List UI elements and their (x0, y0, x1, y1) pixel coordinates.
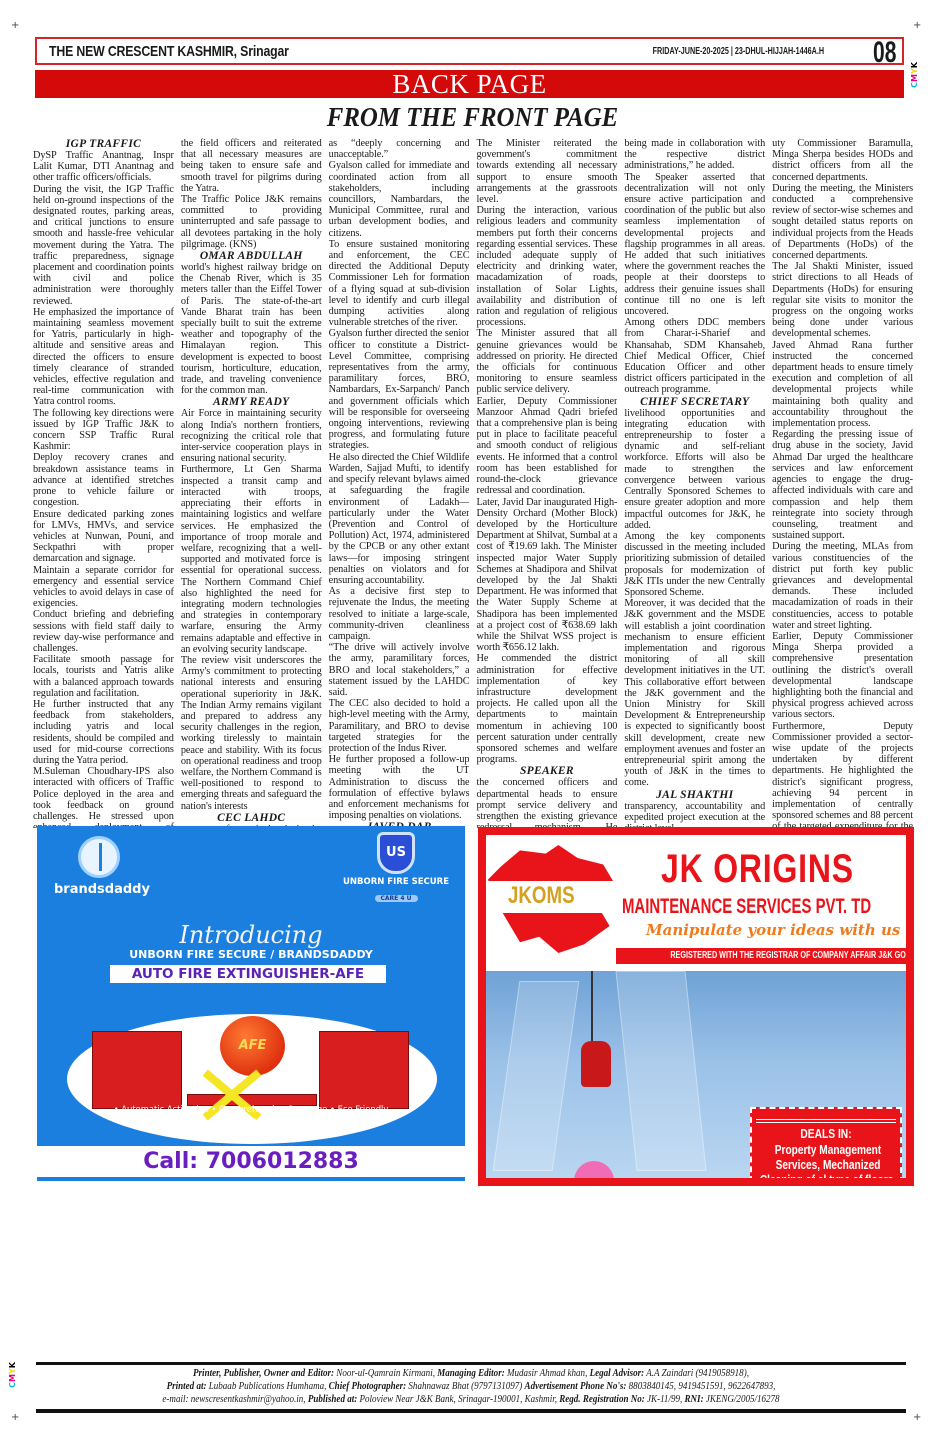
article-column: the field officers and reiterated that a… (181, 138, 322, 828)
article-paragraph: Later, Javid Dar inaugurated High-Densit… (476, 497, 617, 654)
ad-intro-script: Introducing (37, 921, 465, 949)
article-paragraph: He further instructed that any feedback … (33, 699, 174, 766)
deals-body: Property Management Services, Mechanized… (754, 1142, 902, 1178)
article-paragraph: Ensure dedicated parking zones for LMVs,… (33, 509, 174, 565)
article-paragraph: Gyalson further directed the senior offi… (329, 328, 470, 451)
article-paragraph: The CEC also decided to hold a high-leve… (329, 698, 470, 754)
deals-rule (756, 1119, 896, 1123)
imprint-footer: Printer, Publisher, Owner and Editor: No… (36, 1362, 906, 1413)
article-column: being made in collaboration with the res… (624, 138, 765, 828)
article-column: The Minister reiterated the government's… (476, 138, 617, 828)
fire-extinguisher-advertisement: brandsdaddy US UNBORN FIRE SECURE CARE 4… (37, 826, 465, 1146)
unborn-fire-secure-logo: US UNBORN FIRE SECURE CARE 4 U (341, 832, 451, 905)
afe-ball-image: AFE (220, 1016, 285, 1076)
ad-tagline: Manipulate your ideas with us (646, 921, 900, 939)
article-paragraph: Maintain a separate corridor for emergen… (33, 565, 174, 610)
article-paragraph: During the interaction, various religiou… (476, 205, 617, 328)
ad-title: JK ORIGINS (661, 847, 854, 892)
article-paragraph: Moreover, it was decided that the J&K go… (624, 598, 765, 788)
shield-icon: US (377, 832, 415, 874)
ad-brands-line: UNBORN FIRE SECURE / BRANDSDADDY (37, 948, 465, 961)
article-paragraph: The Jal Shakti Minister, issued strict d… (772, 261, 913, 339)
article-paragraph: Conduct briefing and debriefing sessions… (33, 609, 174, 654)
article-paragraph: The Speaker asserted that decentralizati… (624, 172, 765, 318)
brandsdaddy-logo: brandsdaddy (54, 836, 144, 897)
ad-product-title: AUTO FIRE EXTINGUISHER-AFE (110, 965, 386, 983)
newspaper-name: THE NEW CRESCENT KASHMIR, Srinagar (49, 43, 289, 60)
rope-line (591, 971, 593, 1046)
imprint-line: Printer, Publisher, Owner and Editor: No… (97, 1367, 845, 1380)
article-paragraph: Furthermore, Deputy Commissioner provide… (772, 721, 913, 828)
ad-features: • Automatic Activation • Comprehensive C… (37, 1103, 465, 1129)
article-heading: SPEAKER (476, 765, 617, 777)
article-paragraph: Earlier, Deputy Commissioner Minga Sherp… (772, 631, 913, 721)
crop-mark: + (913, 1412, 921, 1423)
article-paragraph: To ensure sustained monitoring and enfor… (329, 239, 470, 329)
ad-bottom-bar (37, 1177, 465, 1181)
imprint-line: e-mail: newscresentkashmir@yahoo.in, Pub… (97, 1393, 845, 1406)
issue-date: FRIDAY-JUNE-20-2025 | 23-DHUL-HIJJAH-144… (653, 46, 824, 57)
article-paragraph: During the meeting, the Ministers conduc… (772, 183, 913, 261)
article-column: IGP TRAFFICDySP Traffic Anantnag, Inspr … (33, 138, 174, 828)
article-paragraph: Deploy recovery cranes and breakdown ass… (33, 452, 174, 508)
deals-box: DEALS IN: Property Management Services, … (750, 1107, 902, 1178)
article-paragraph: Facilitate smooth passage for locals, to… (33, 654, 174, 699)
worker-figure (581, 1041, 611, 1087)
article-heading: ARMY READY (181, 396, 322, 408)
glass-pane (493, 981, 580, 1171)
article-paragraph: Among the key components discussed in th… (624, 531, 765, 598)
article-paragraph: Among others DDC members from Charar-i-S… (624, 317, 765, 395)
cmyk-color-bar: CMYK (910, 62, 919, 88)
article-columns: IGP TRAFFICDySP Traffic Anantnag, Inspr … (33, 138, 913, 828)
jkoms-label: JKOMS (508, 882, 575, 910)
article-heading: CEC LAHDC (181, 812, 322, 824)
article-paragraph: world's highest railway bridge on the Ch… (181, 262, 322, 396)
article-paragraph: uty Commissioner Baramulla, Minga Sherpa… (772, 138, 913, 183)
article-paragraph: The Minister assured that all genuine gr… (476, 328, 617, 395)
article-paragraph: Javed Ahmad Rana further instructed the … (772, 340, 913, 430)
article-column: uty Commissioner Baramulla, Minga Sherpa… (772, 138, 913, 828)
article-paragraph: He also directed the Chief Wildlife Ward… (329, 452, 470, 586)
article-paragraph: livelihood opportunities and integrating… (624, 408, 765, 531)
article-heading: CHIEF SECRETARY (624, 396, 765, 408)
crop-mark: + (11, 20, 19, 31)
product-box-image (92, 1031, 182, 1109)
article-paragraph: as “deeply concerning and unacceptable.” (329, 138, 470, 160)
crop-mark: + (11, 1412, 19, 1423)
article-paragraph: M.Suleman Choudhary-IPS also interacted … (33, 766, 174, 828)
article-paragraph: “The drive will actively involve the arm… (329, 642, 470, 698)
brandsdaddy-logo-icon (78, 836, 120, 878)
article-paragraph: The Minister reiterated the government's… (476, 138, 617, 205)
page-number: 08 (873, 36, 896, 70)
section-subtitle: FROM THE FRONT PAGE (38, 100, 907, 134)
article-column: as “deeply concerning and unacceptable.”… (329, 138, 470, 828)
product-box-image (319, 1031, 409, 1109)
glass-pane (615, 971, 706, 1171)
article-paragraph: Air Force in maintaining security along … (181, 408, 322, 464)
article-paragraph: He commended the district administration… (476, 653, 617, 765)
article-paragraph: Earlier, Deputy Commissioner Manzoor Ahm… (476, 396, 617, 497)
ad-registration: REGISTERED WITH THE REGISTRAR OF COMPANY… (616, 948, 906, 964)
article-paragraph: The review visit underscores the Army's … (181, 655, 322, 812)
article-paragraph: Furthermore, Lt Gen Sharma inspected a t… (181, 464, 322, 654)
article-paragraph: DySP Traffic Anantnag, Inspr Lalit Kumar… (33, 150, 174, 184)
crop-mark: + (913, 20, 921, 31)
article-paragraph: During the meeting, MLAs from various co… (772, 541, 913, 631)
jk-origins-advertisement: JKOMS JK ORIGINS MAINTENANCE SERVICES PV… (478, 827, 914, 1186)
article-paragraph: The Traffic Police J&K remains committed… (181, 194, 322, 250)
article-paragraph: He further proposed a follow-up meeting … (329, 754, 470, 821)
cmyk-color-bar: CMYK (8, 1362, 17, 1388)
article-paragraph: being made in collaboration with the res… (624, 138, 765, 172)
masthead: THE NEW CRESCENT KASHMIR, Srinagar FRIDA… (35, 37, 904, 65)
article-paragraph: Gyalson called for immediate and coordin… (329, 160, 470, 238)
article-paragraph: Regarding the pressing issue of drug abu… (772, 429, 913, 541)
deals-heading: DEALS IN: (765, 1127, 886, 1142)
ad-call-number: Call: 7006012883 (37, 1148, 465, 1176)
article-paragraph: He emphasized the importance of maintain… (33, 307, 174, 408)
article-heading: JAL SHAKTHI (624, 789, 765, 801)
helmet-icon (574, 1161, 614, 1178)
article-paragraph: As a decisive first step to rejuvenate t… (329, 586, 470, 642)
ad-subtitle: MAINTENANCE SERVICES PVT. TD (622, 895, 871, 919)
article-paragraph: the concerned officers and departmental … (476, 777, 617, 828)
imprint-line: Printed at: Lubaab Publications Humhama,… (97, 1380, 845, 1393)
article-paragraph: During the visit, the IGP Traffic held o… (33, 184, 174, 307)
article-heading: IGP TRAFFIC (33, 138, 174, 150)
article-paragraph: the field officers and reiterated that a… (181, 138, 322, 194)
article-heading: OMAR ABDULLAH (181, 250, 322, 262)
section-banner: BACK PAGE (35, 70, 904, 98)
article-paragraph: transparency, accountability and expedit… (624, 801, 765, 828)
article-paragraph: The following key directions were issued… (33, 408, 174, 453)
